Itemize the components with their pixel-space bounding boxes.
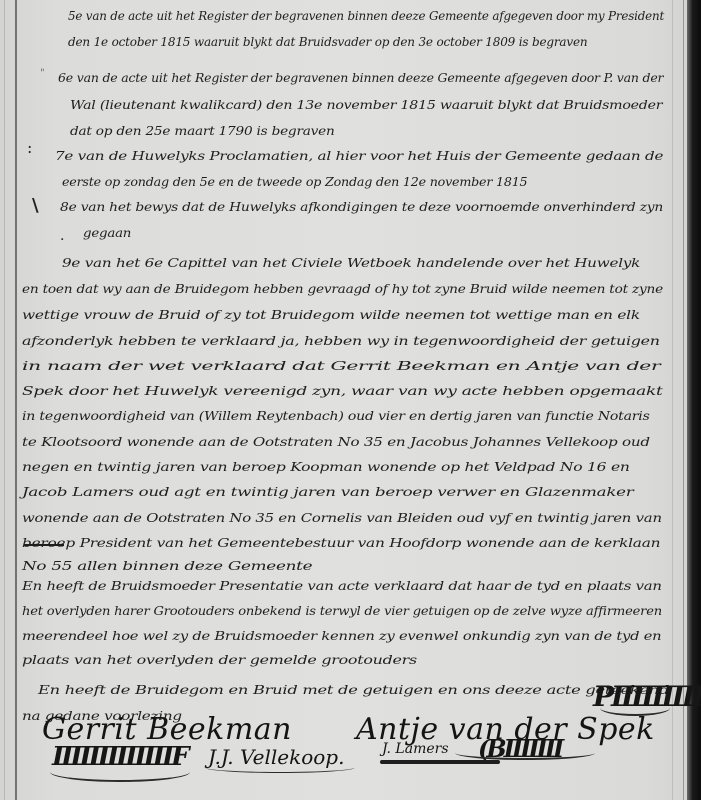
signature-witness-lamers: J. Lamers: [382, 741, 449, 757]
text-line: het overlyden harer Grootouders onbekend…: [22, 603, 662, 618]
text-line: Jacob Lamers oud agt en twintig jaren va…: [22, 484, 633, 499]
text-line: beroep President van het Gemeentebestuur…: [22, 535, 660, 550]
paraph-flourish: [600, 700, 670, 716]
text-line: En heeft de Bruidsmoeder Presentatie van…: [22, 578, 662, 593]
left-margin-rule: [15, 0, 17, 800]
text-line: 9e van het 6e Capittel van het Civiele W…: [62, 255, 640, 270]
margin-mark: \: [32, 195, 39, 216]
text-line: No 55 allen binnen deze Gemeente: [22, 558, 312, 573]
paraph-flourish-right: [455, 746, 595, 760]
text-line: En heeft de Bruidegom en Bruid met de ge…: [38, 682, 669, 697]
text-line: 6e van de acte uit het Register der begr…: [58, 70, 663, 85]
left-page-edge: [4, 0, 5, 800]
text-line: Wal (lieutenant kwalikcard) den 13e nove…: [70, 97, 662, 112]
text-line: en toen dat wy aan de Bruidegom hebben g…: [22, 281, 663, 296]
text-line: wettige vrouw de Bruid of zy tot Bruideg…: [22, 307, 640, 322]
text-line: plaats van het overlyden der gemelde gro…: [22, 652, 417, 667]
text-line: 5e van de acte uit het Register der begr…: [68, 8, 664, 23]
strikethrough-mark: [24, 544, 64, 546]
text-line: negen en twintig jaren van beroep Koopma…: [22, 459, 630, 474]
text-line: in naam der wet verklaard dat Gerrit Bee…: [22, 358, 660, 373]
paraph-flourish-left: [50, 762, 190, 782]
text-line: meerendeel hoe wel zy de Bruidsmoeder ke…: [22, 628, 661, 643]
text-line: Spek door het Huwelyk vereenigd zyn, waa…: [22, 383, 663, 398]
text-line: eerste op zondag den 5e en de tweede op …: [62, 174, 527, 189]
signature-underline: [205, 762, 355, 773]
text-line: den 1e october 1815 waaruit blykt dat Br…: [68, 34, 587, 49]
margin-mark: :: [27, 138, 32, 157]
text-line: gegaan: [83, 225, 131, 240]
text-line: te Klootsoord wonende aan de Ootstraten …: [22, 434, 650, 449]
text-line: 8e van het bewys dat de Huwelyks afkondi…: [60, 199, 663, 214]
document-page: " : \ . 5e van de acte uit het Register …: [0, 0, 701, 800]
text-line: dat op den 25e maart 1790 is begraven: [70, 123, 335, 138]
text-line: 7e van de Huwelyks Proclamatien, al hier…: [55, 148, 663, 163]
margin-mark: ": [40, 68, 45, 79]
text-line: afzonderlyk hebben te verklaard ja, hebb…: [22, 333, 660, 348]
margin-mark: .: [60, 228, 64, 244]
text-line: wonende aan de Ootstraten No 35 en Corne…: [22, 510, 662, 525]
text-line: in tegenwoordigheid van (Willem Reytenba…: [22, 408, 650, 423]
